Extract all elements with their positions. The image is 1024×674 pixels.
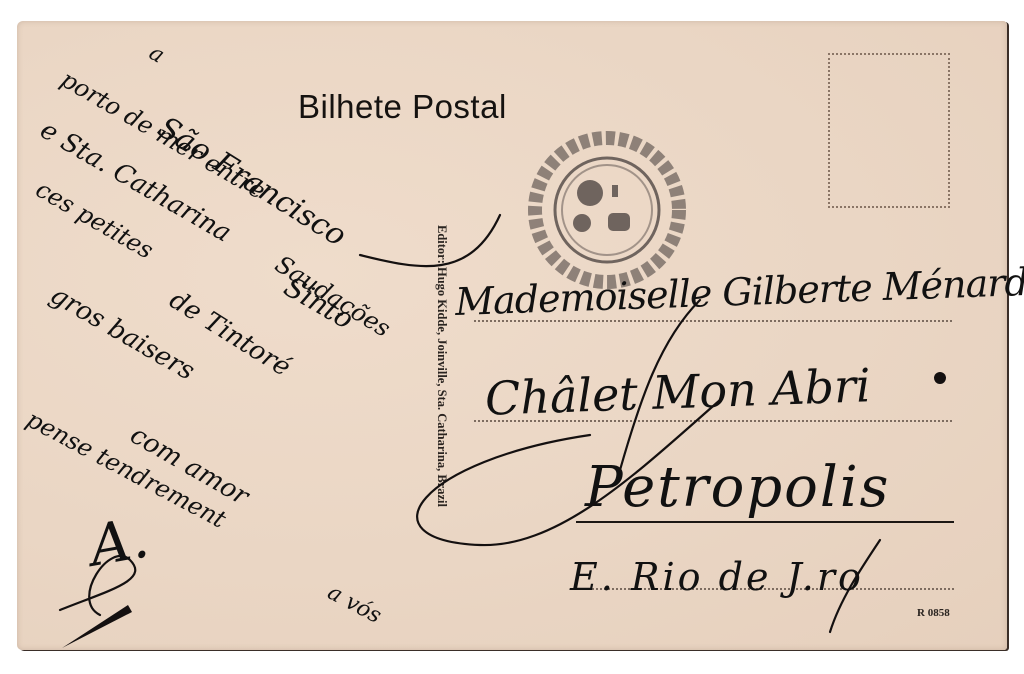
handwritten-message: a São Francisco porto de mer entre e Sta…: [30, 20, 470, 660]
address-state: E. Rio de J.ro: [570, 555, 864, 599]
serial-number: R 0858: [917, 607, 950, 619]
stamp-placement-box: [828, 53, 950, 208]
address-line-3: [576, 521, 954, 523]
signature: A.: [85, 505, 154, 579]
message-line: a: [145, 40, 169, 68]
address-city: Petropolis: [585, 455, 890, 520]
message-line: a vós: [323, 580, 385, 629]
